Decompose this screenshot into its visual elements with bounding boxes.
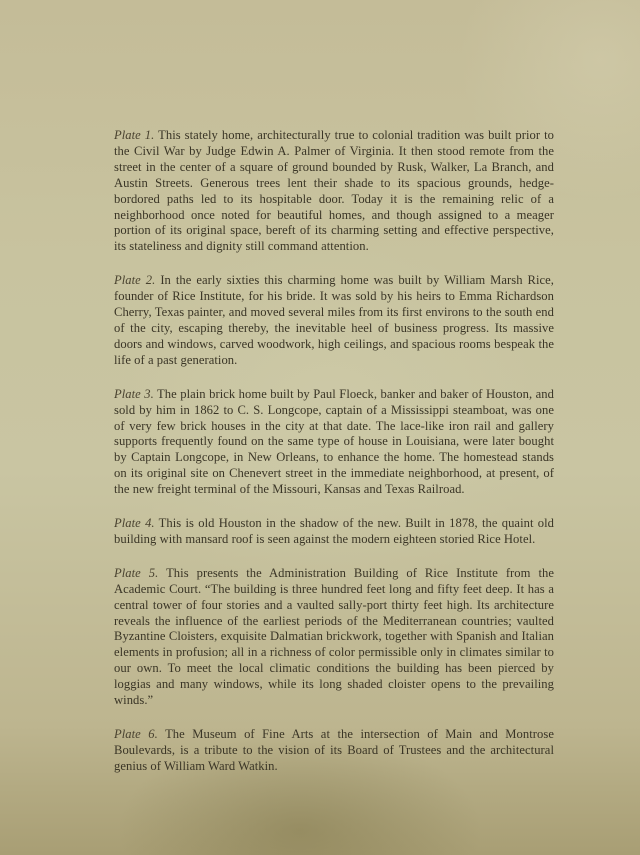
plate-2-text: In the early sixties this charming home … [114, 273, 554, 367]
plate-4-text: This is old Houston in the shadow of the… [114, 516, 554, 546]
plate-1-label: Plate 1. [114, 128, 154, 142]
plate-5-paragraph: Plate 5. This presents the Administratio… [114, 566, 554, 709]
plate-5-label: Plate 5. [114, 566, 158, 580]
plate-6-text: The Museum of Fine Arts at the intersect… [114, 727, 554, 773]
plate-4-label: Plate 4. [114, 516, 155, 530]
plate-6-paragraph: Plate 6. The Museum of Fine Arts at the … [114, 727, 554, 775]
plate-3-text: The plain brick home built by Paul Floec… [114, 387, 554, 496]
plate-2-label: Plate 2. [114, 273, 155, 287]
plate-6-label: Plate 6. [114, 727, 158, 741]
plate-1-paragraph: Plate 1. This stately home, architectura… [114, 128, 554, 255]
plate-1-text: This stately home, architecturally true … [114, 128, 554, 253]
plate-2-paragraph: Plate 2. In the early sixties this charm… [114, 273, 554, 368]
plate-3-label: Plate 3. [114, 387, 154, 401]
plate-descriptions: Plate 1. This stately home, architectura… [114, 128, 554, 793]
plate-5-text: This presents the Administration Buildin… [114, 566, 554, 707]
plate-4-paragraph: Plate 4. This is old Houston in the shad… [114, 516, 554, 548]
plate-3-paragraph: Plate 3. The plain brick home built by P… [114, 387, 554, 498]
